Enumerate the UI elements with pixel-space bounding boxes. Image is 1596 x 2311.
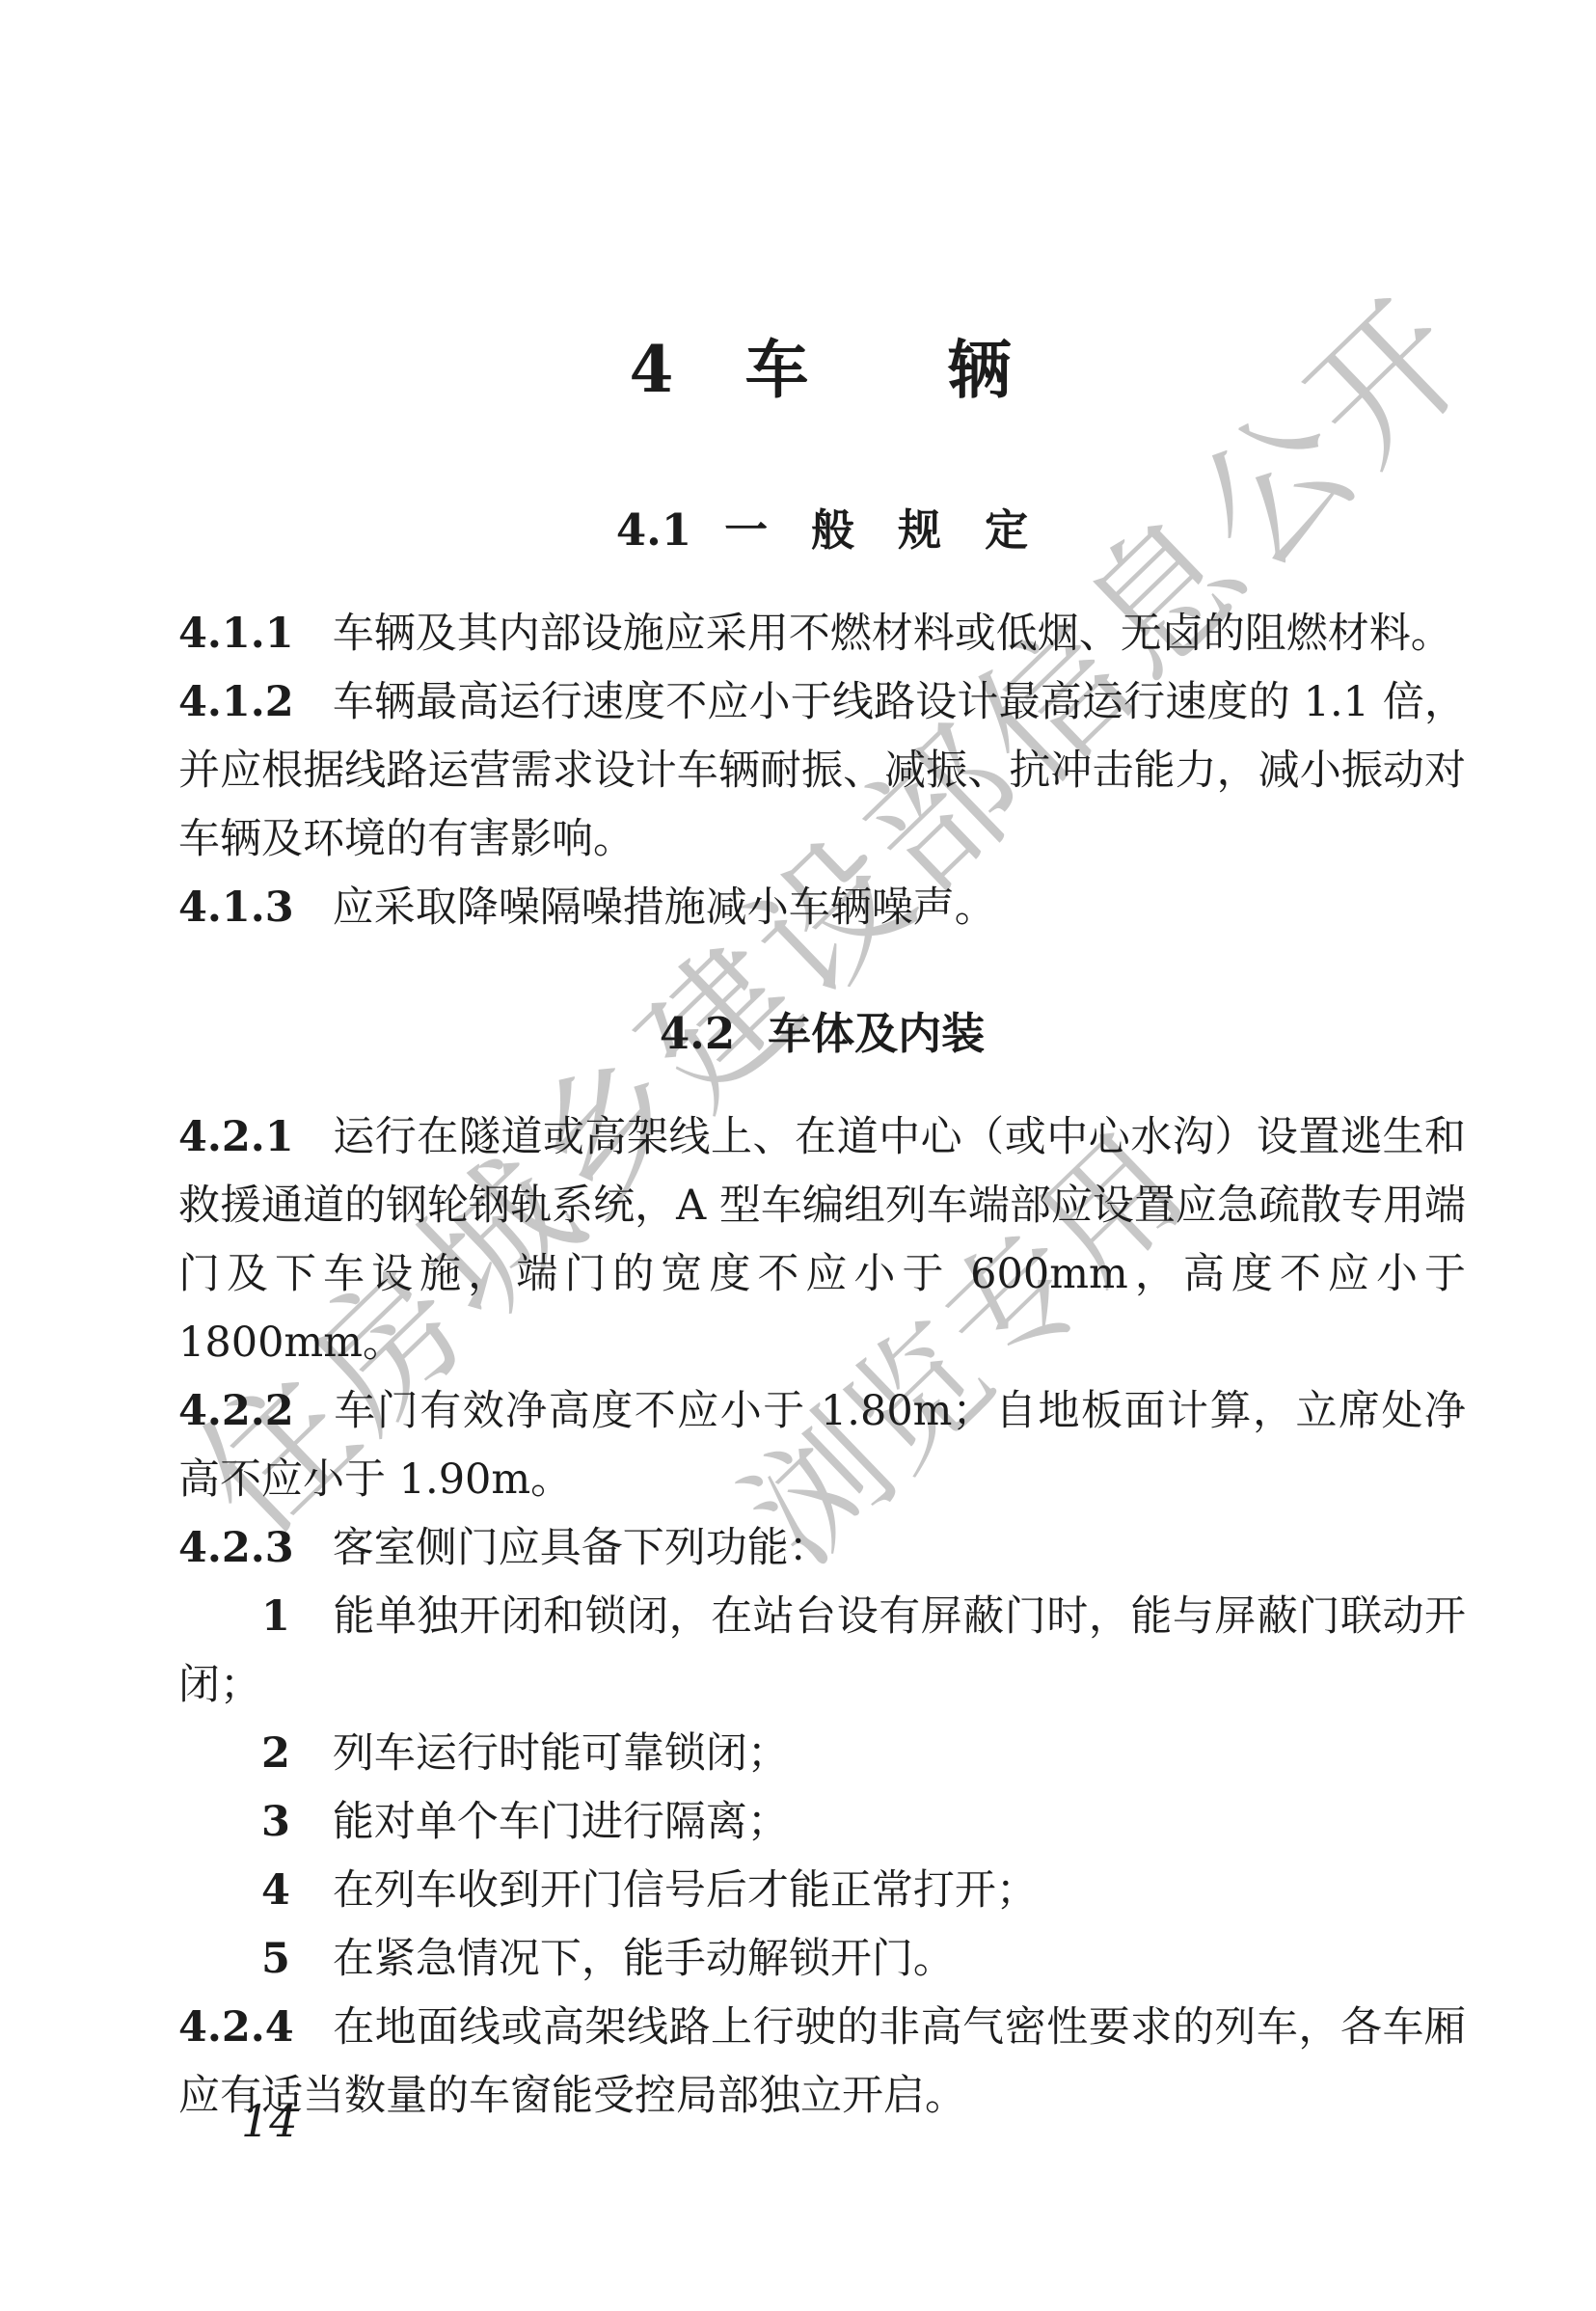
clause-list-item: 4在列车收到开门信号后才能正常打开； bbox=[178, 1857, 1466, 1925]
section-heading: 4.1一 般 规 定 bbox=[178, 495, 1466, 557]
item-text: 列车运行时能可靠锁闭； bbox=[333, 1729, 789, 1778]
clause-number: 4.2.4 bbox=[178, 2003, 294, 2052]
clause-paragraph: 4.1.2车辆最高运行速度不应小于线路设计最高运行速度的 1.1 倍，并应根据线… bbox=[178, 668, 1466, 874]
clause-paragraph: 4.2.4在地面线或高架线路上行驶的非高气密性要求的列车，各车厢应有适当数量的车… bbox=[178, 1994, 1466, 2131]
page-number: 14 bbox=[241, 2095, 298, 2147]
section-title-text: 一 般 规 定 bbox=[724, 505, 1028, 555]
clause-text: 在地面线或高架线路上行驶的非高气密性要求的列车，各车厢应有适当数量的车窗能受控局… bbox=[178, 2003, 1466, 2120]
item-text: 在紧急情况下，能手动解锁开门。 bbox=[333, 1935, 955, 1983]
clause-number: 4.1.1 bbox=[178, 610, 294, 658]
clause-number: 4.2.3 bbox=[178, 1524, 294, 1572]
clause-list-item: 5在紧急情况下，能手动解锁开门。 bbox=[178, 1925, 1466, 1994]
clause-list-item: 2列车运行时能可靠锁闭； bbox=[178, 1720, 1466, 1788]
clause-text: 车辆最高运行速度不应小于线路设计最高运行速度的 1.1 倍，并应根据线路运营需求… bbox=[178, 678, 1466, 863]
clause-text: 应采取降噪隔噪措施减小车辆噪声。 bbox=[333, 884, 996, 932]
clause-text: 车辆及其内部设施应采用不燃材料或低烟、无卤的阻燃材料。 bbox=[333, 610, 1452, 658]
clause-paragraph: 4.2.1运行在隧道或高架线上、在道中心（或中心水沟）设置逃生和救援通道的钢轮钢… bbox=[178, 1103, 1466, 1377]
item-number: 3 bbox=[261, 1798, 290, 1846]
clause-paragraph: 4.2.3客室侧门应具备下列功能： bbox=[178, 1514, 1466, 1583]
clause-number: 4.2.1 bbox=[178, 1113, 294, 1161]
document-page: 住房城乡建设部信息公开 浏览专用 4 车 辆 4.1一 般 规 定4.1.1车辆… bbox=[0, 0, 1596, 2311]
clause-paragraph: 4.2.2车门有效净高度不应小于 1.80m；自地板面计算，立席处净高不应小于 … bbox=[178, 1377, 1466, 1514]
clause-number: 4.1.3 bbox=[178, 884, 294, 932]
item-number: 1 bbox=[261, 1592, 290, 1641]
item-text: 能单独开闭和锁闭，在站台设有屏蔽门时，能与屏蔽门联动开闭； bbox=[178, 1592, 1466, 1709]
sections-container: 4.1一 般 规 定4.1.1车辆及其内部设施应采用不燃材料或低烟、无卤的阻燃材… bbox=[178, 495, 1466, 2131]
clause-number: 4.1.2 bbox=[178, 678, 294, 726]
item-number: 4 bbox=[261, 1866, 290, 1915]
clause-text: 车门有效净高度不应小于 1.80m；自地板面计算，立席处净高不应小于 1.90m… bbox=[178, 1387, 1466, 1504]
item-text: 能对单个车门进行隔离； bbox=[333, 1798, 789, 1846]
section-number: 4.2 bbox=[660, 1008, 735, 1059]
section-number: 4.1 bbox=[616, 504, 691, 556]
clause-text: 客室侧门应具备下列功能： bbox=[333, 1524, 830, 1572]
section-title-text: 车体及内装 bbox=[768, 1009, 985, 1058]
item-number: 2 bbox=[261, 1729, 290, 1778]
item-text: 在列车收到开门信号后才能正常打开； bbox=[333, 1866, 1038, 1915]
document-content: 4 车 辆 4.1一 般 规 定4.1.1车辆及其内部设施应采用不燃材料或低烟、… bbox=[0, 0, 1596, 2131]
clause-paragraph: 4.1.3应采取降噪隔噪措施减小车辆噪声。 bbox=[178, 874, 1466, 942]
clause-list-item: 1能单独开闭和锁闭，在站台设有屏蔽门时，能与屏蔽门联动开闭； bbox=[178, 1583, 1466, 1720]
clause-number: 4.2.2 bbox=[178, 1387, 294, 1435]
section-heading: 4.2车体及内装 bbox=[178, 998, 1466, 1061]
chapter-title: 4 车 辆 bbox=[178, 318, 1466, 410]
clause-text: 运行在隧道或高架线上、在道中心（或中心水沟）设置逃生和救援通道的钢轮钢轨系统，A… bbox=[178, 1113, 1466, 1367]
item-number: 5 bbox=[261, 1935, 290, 1983]
clause-list-item: 3能对单个车门进行隔离； bbox=[178, 1788, 1466, 1857]
clause-paragraph: 4.1.1车辆及其内部设施应采用不燃材料或低烟、无卤的阻燃材料。 bbox=[178, 600, 1466, 668]
